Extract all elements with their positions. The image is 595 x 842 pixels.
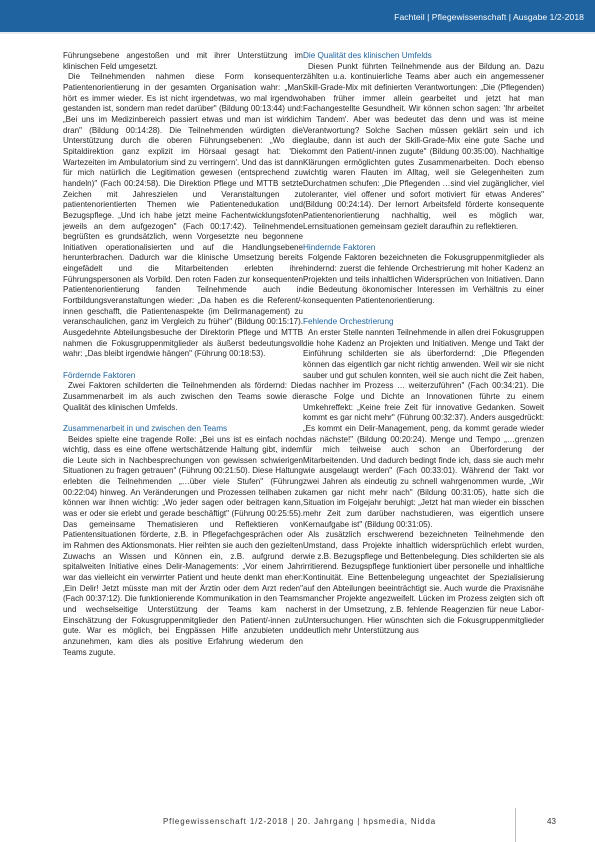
left-column: Führungsebene angestoßen und mit ihrer U… [63,51,303,658]
paragraph: An erster Stelle nannten Teilnehmende in… [303,328,544,530]
running-header-bar: Fachteil | Pflegewissenschaft | Ausgabe … [0,0,595,32]
footer-citation: Pflegewissenschaft 1/2-2018 | 20. Jahrga… [163,817,436,826]
subsection-heading-orchestrierung: Fehlende Orchestrierung [303,317,544,328]
paragraph: Beides spielte eine tragende Rolle: „Bei… [63,435,303,659]
paragraph: Die Teilnehmenden nahmen diese Form kons… [63,72,303,360]
paragraph: Zwei Faktoren schilderten die Teilnehmen… [63,381,303,413]
paragraph: Folgende Faktoren bezeichneten die Fokus… [303,253,544,306]
spacer [303,307,544,318]
page-number: 43 [547,817,556,826]
subsection-heading-qualitaet: Die Qualität des klinischen Umfelds [303,51,544,62]
paragraph: Als zusätzlich erschwerend bezeichneten … [303,530,544,637]
spacer [63,413,303,424]
running-header-title: Fachteil | Pflegewissenschaft | Ausgabe … [394,12,584,22]
section-heading-hindernde-faktoren: Hindernde Faktoren [303,243,544,254]
spacer [63,360,303,371]
paragraph: Diesen Punkt führten Teilnehmende aus de… [303,62,544,233]
paragraph: Führungsebene angestoßen und mit ihrer U… [63,51,303,72]
right-column: Die Qualität des klinischen Umfelds Dies… [303,51,544,637]
footer-divider [515,808,516,842]
spacer [303,232,544,243]
section-heading-foerdernde-faktoren: Fördernde Faktoren [63,371,303,382]
header-divider [0,32,595,34]
subsection-heading-zusammenarbeit: Zusammenarbeit in und zwischen den Teams [63,424,303,435]
